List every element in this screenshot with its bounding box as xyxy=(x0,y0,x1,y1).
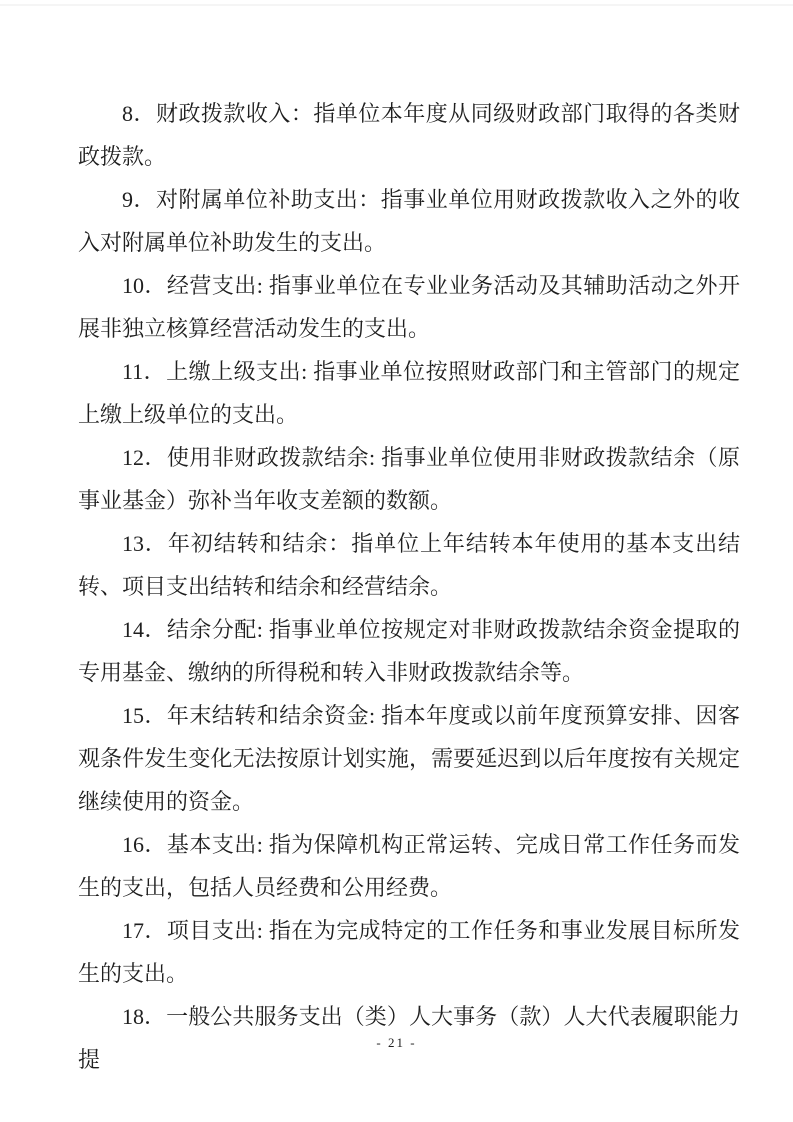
definition-paragraph-15: 15．年末结转和结余资金: 指本年度或以前年度预算安排、因客观条件发生变化无法按… xyxy=(78,694,740,823)
definition-paragraph-9: 9．对附属单位补助支出：指事业单位用财政拨款收入之外的收入对附属单位补助发生的支… xyxy=(78,178,740,264)
definition-paragraph-12: 12．使用非财政拨款结余: 指事业单位使用非财政拨款结余（原事业基金）弥补当年收… xyxy=(78,436,740,522)
definitions-list: 8．财政拨款收入：指单位本年度从同级财政部门取得的各类财政拨款。 9．对附属单位… xyxy=(78,92,740,1081)
definition-paragraph-17: 17．项目支出: 指在为完成特定的工作任务和事业发展目标所发生的支出。 xyxy=(78,909,740,995)
page-number: - 21 - xyxy=(0,1035,793,1051)
document-page: 8．财政拨款收入：指单位本年度从同级财政部门取得的各类财政拨款。 9．对附属单位… xyxy=(0,0,793,1122)
definition-paragraph-11: 11．上缴上级支出: 指事业单位按照财政部门和主管部门的规定上缴上级单位的支出。 xyxy=(78,350,740,436)
definition-paragraph-10: 10．经营支出: 指事业单位在专业业务活动及其辅助活动之外开展非独立核算经营活动… xyxy=(78,264,740,350)
definition-paragraph-13: 13．年初结转和结余：指单位上年结转本年使用的基本支出结转、项目支出结转和结余和… xyxy=(78,522,740,608)
scan-artifact-line xyxy=(0,4,793,6)
definition-paragraph-14: 14．结余分配: 指事业单位按规定对非财政拨款结余资金提取的专用基金、缴纳的所得… xyxy=(78,608,740,694)
definition-paragraph-16: 16．基本支出: 指为保障机构正常运转、完成日常工作任务而发生的支出，包括人员经… xyxy=(78,823,740,909)
definition-paragraph-8: 8．财政拨款收入：指单位本年度从同级财政部门取得的各类财政拨款。 xyxy=(78,92,740,178)
